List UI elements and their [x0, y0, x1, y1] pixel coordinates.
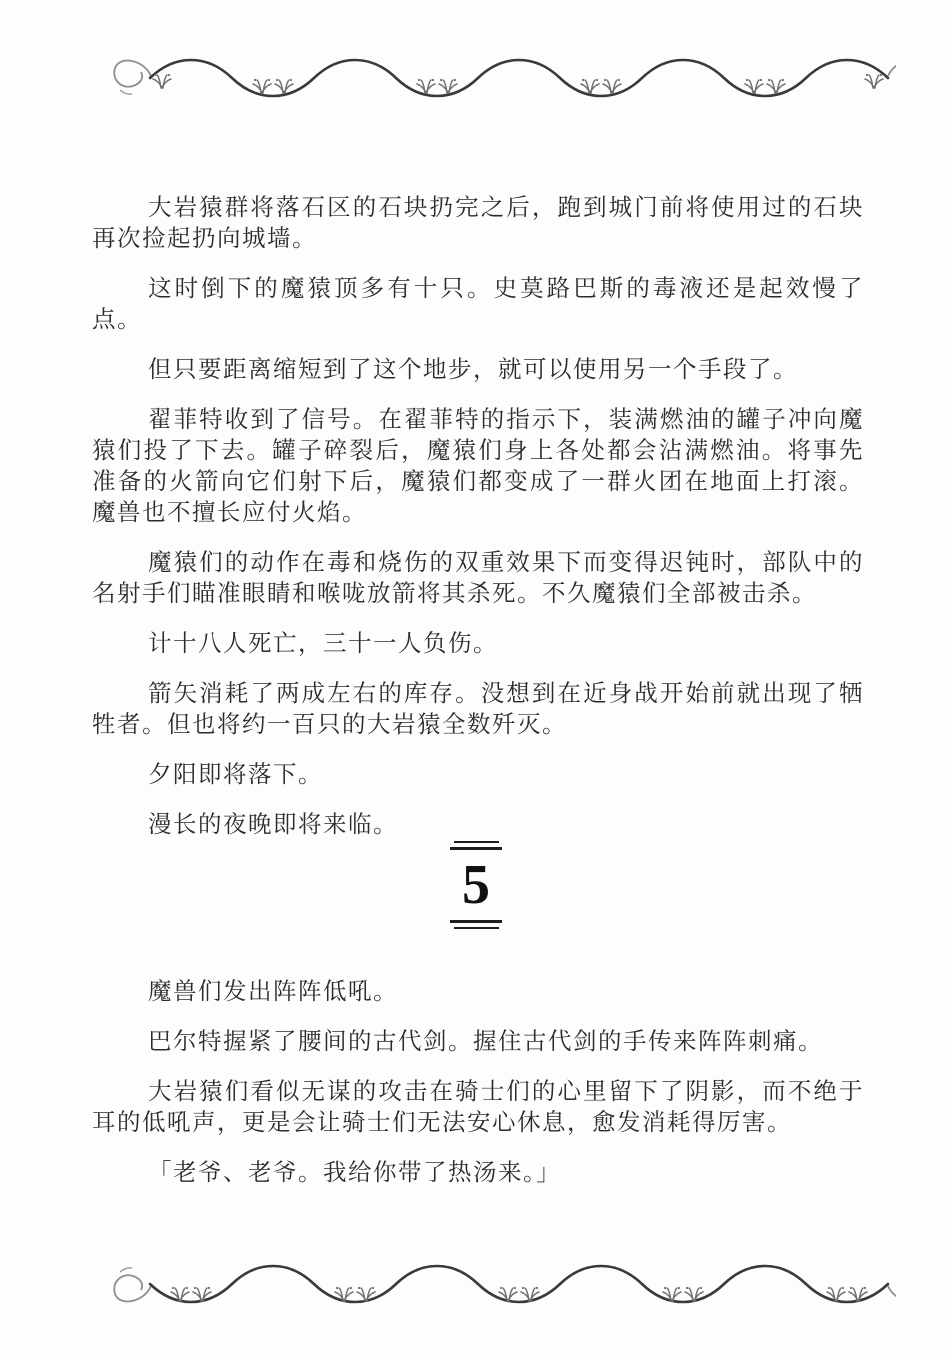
- paragraph: 魔兽们发出阵阵低吼。: [92, 977, 864, 1008]
- paragraph: 箭矢消耗了两成左右的库存。没想到在近身战开始前就出现了牺牲者。但也将约一百只的大…: [92, 679, 864, 741]
- chapter-number: 5: [462, 862, 490, 908]
- paragraph: 大岩猿群将落石区的石块扔完之后，跑到城门前将使用过的石块再次捡起扔向城墙。: [92, 193, 864, 255]
- section-after-divider: 魔兽们发出阵阵低吼。 巴尔特握紧了腰间的古代剑。握住古代剑的手传来阵阵刺痛。 大…: [92, 977, 864, 1189]
- paragraph: 但只要距离缩短到了这个地步，就可以使用另一个手段了。: [92, 355, 864, 386]
- paragraph: 这时倒下的魔猿顶多有十只。史莫路巴斯的毒液还是起效慢了点。: [92, 274, 864, 336]
- paragraph: 夕阳即将落下。: [92, 760, 864, 791]
- paragraph: 魔猿们的动作在毒和烧伤的双重效果下而变得迟钝时，部队中的名射手们瞄准眼睛和喉咙放…: [92, 548, 864, 610]
- paragraph: 计十八人死亡，三十一人负伤。: [92, 629, 864, 660]
- book-page: 大岩猿群将落石区的石块扔完之后，跑到城门前将使用过的石块再次捡起扔向城墙。 这时…: [0, 0, 952, 1360]
- section-before-divider: 大岩猿群将落石区的石块扔完之后，跑到城门前将使用过的石块再次捡起扔向城墙。 这时…: [92, 193, 864, 841]
- divider-rule-thin: [454, 841, 499, 843]
- paragraph: 漫长的夜晚即将来临。: [92, 810, 864, 841]
- paragraph: 「老爷、老爷。我给你带了热汤来。」: [92, 1158, 864, 1189]
- divider-rule-thick: [450, 920, 502, 923]
- right-scroll-icon: [888, 1275, 896, 1301]
- left-scroll-icon: [114, 61, 151, 87]
- chapter-divider: 5: [0, 841, 952, 929]
- paragraph: 巴尔特握紧了腰间的古代剑。握住古代剑的手传来阵阵刺痛。: [92, 1027, 864, 1058]
- right-scroll-icon: [888, 61, 896, 87]
- bottom-ornamental-border: [54, 1258, 896, 1312]
- divider-rules-top: [450, 841, 502, 850]
- divider-rule-thick: [450, 847, 502, 850]
- divider-rules-bottom: [450, 920, 502, 929]
- left-scroll-icon: [114, 1275, 151, 1301]
- vine-wave: [150, 1266, 888, 1302]
- paragraph: 翟菲特收到了信号。在翟菲特的指示下，装满燃油的罐子冲向魔猿们投了下去。罐子碎裂后…: [92, 405, 864, 529]
- divider-rule-thin: [454, 927, 499, 929]
- top-ornamental-border: [54, 50, 896, 104]
- paragraph: 大岩猿们看似无谋的攻击在骑士们的心里留下了阴影，而不绝于耳的低吼声，更是会让骑士…: [92, 1077, 864, 1139]
